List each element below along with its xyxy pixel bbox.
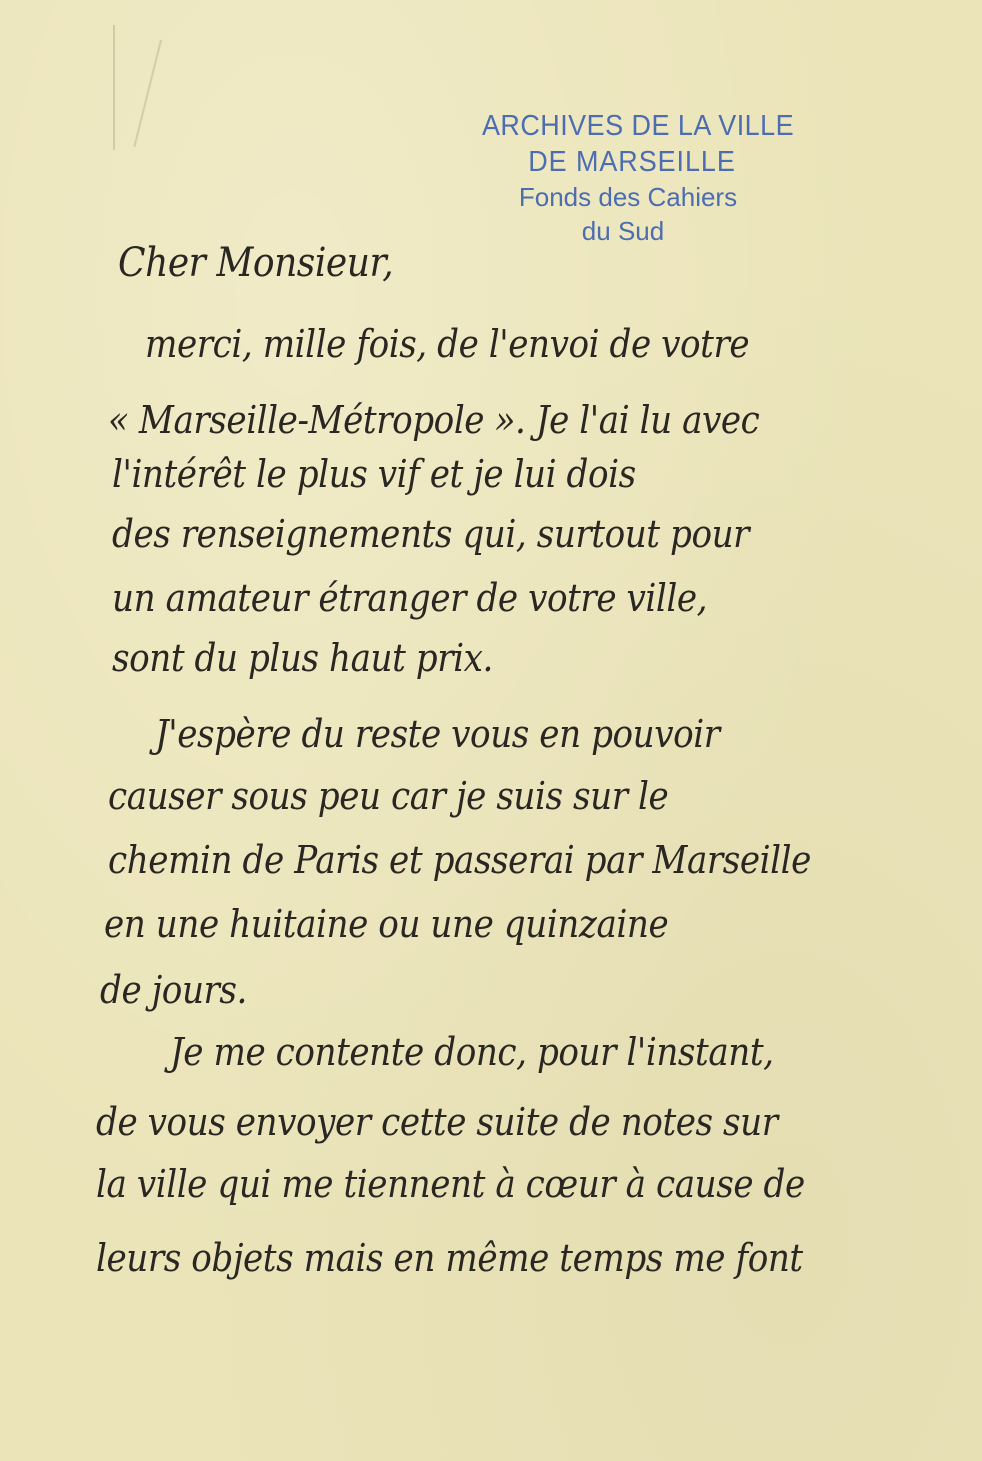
letter-line: en une huitaine ou une quinzaine (104, 902, 668, 946)
salutation: Cher Monsieur, (118, 240, 393, 286)
handwritten-letter: Cher Monsieur, merci, mille fois, de l'e… (0, 0, 982, 1461)
letter-line: l'intérêt le plus vif et je lui dois (112, 452, 636, 496)
letter-line: de vous envoyer cette suite de notes sur (96, 1100, 778, 1144)
letter-line: J'espère du reste vous en pouvoir (155, 712, 720, 756)
letter-line: merci, mille fois, de l'envoi de votre (145, 322, 749, 366)
letter-line: Je me contente donc, pour l'instant, (170, 1030, 774, 1074)
letter-line: la ville qui me tiennent à cœur à cause … (96, 1162, 805, 1206)
letter-line: causer sous peu car je suis sur le (108, 774, 668, 818)
letter-line: « Marseille-Métropole ». Je l'ai lu avec (108, 398, 759, 442)
letter-line: chemin de Paris et passerai par Marseill… (108, 838, 811, 882)
letter-line: un amateur étranger de votre ville, (112, 576, 707, 620)
letter-line: sont du plus haut prix. (112, 636, 493, 680)
letter-page: ARCHIVES DE LA VILLE DE MARSEILLE Fonds … (0, 0, 982, 1461)
letter-line: des renseignements qui, surtout pour (112, 512, 749, 556)
letter-line: leurs objets mais en même temps me font (96, 1236, 803, 1280)
letter-line: de jours. (100, 968, 247, 1012)
